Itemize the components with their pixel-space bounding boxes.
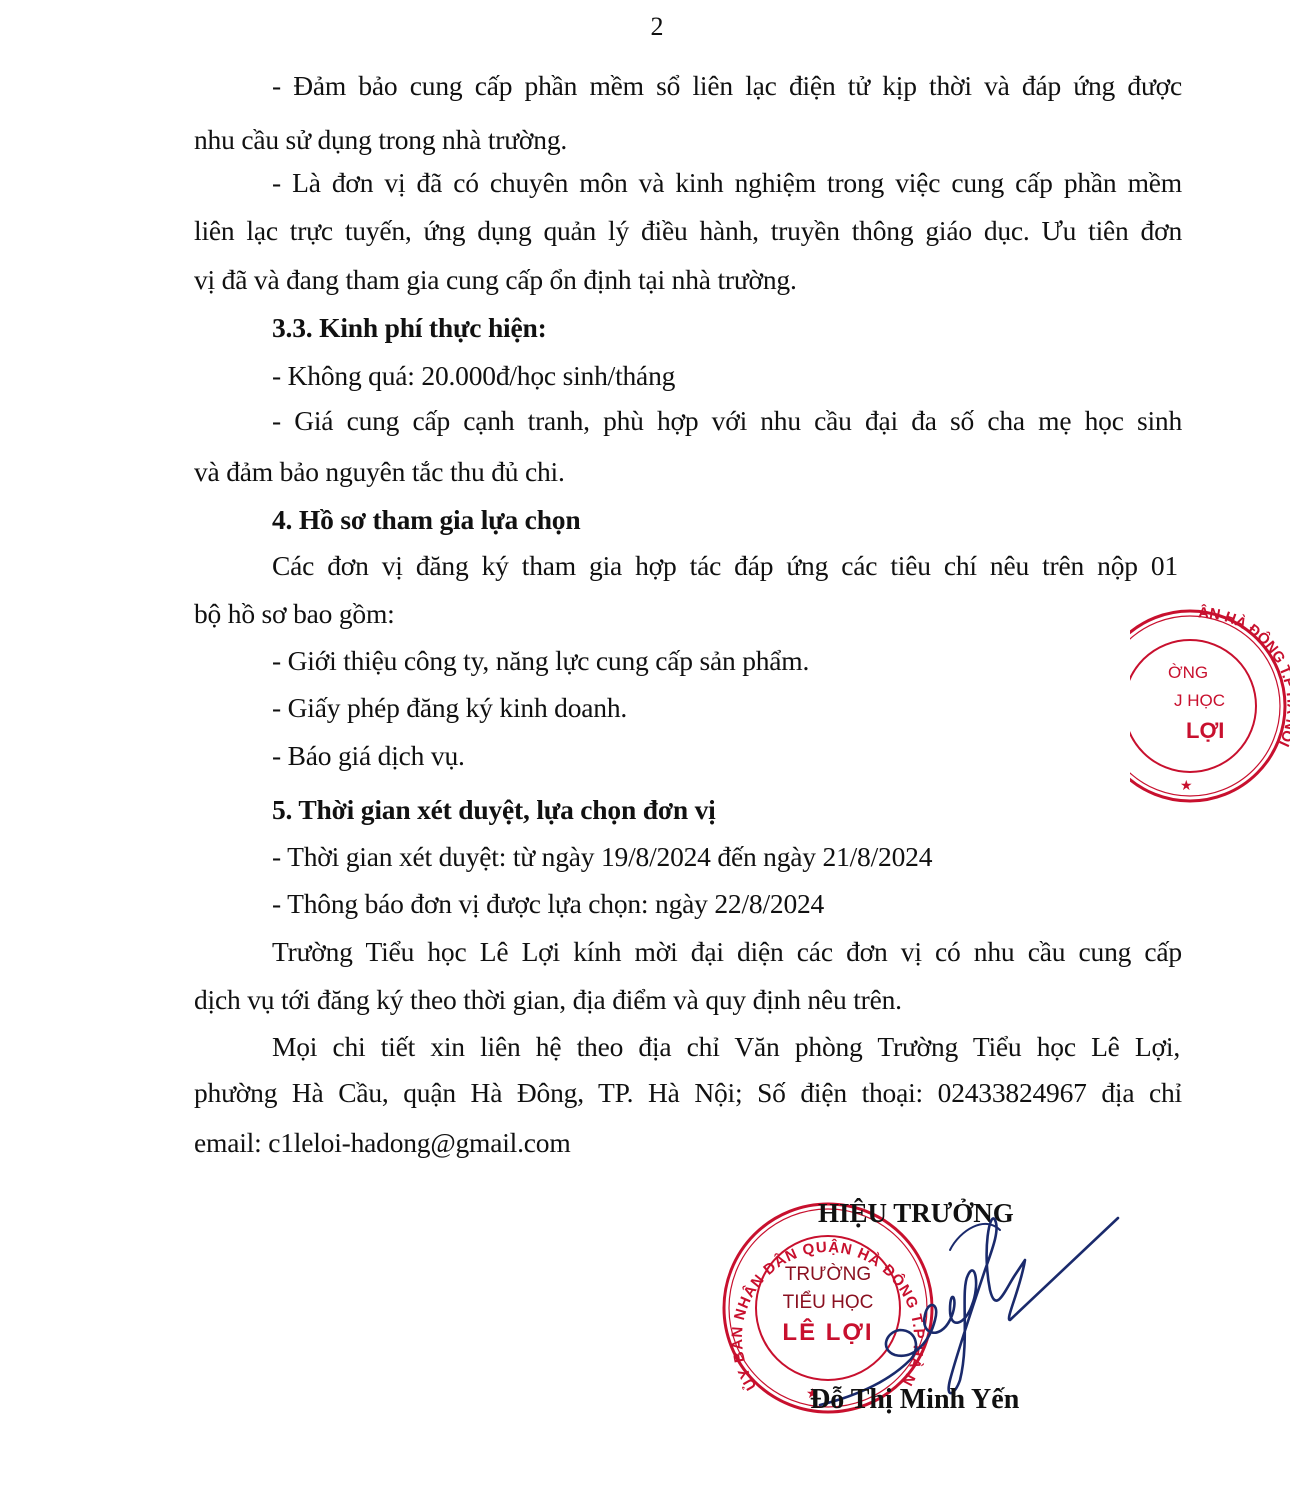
- paragraph-line: Mọi chi tiết xin liên hệ theo địa chỉ Vă…: [272, 1031, 1180, 1063]
- paragraph-line: nhu cầu sử dụng trong nhà trường.: [194, 124, 567, 156]
- svg-text:LỢI: LỢI: [1186, 718, 1224, 743]
- contact-email: email: c1leloi-hadong@gmail.com: [194, 1127, 571, 1159]
- section-heading: 4. Hồ sơ tham gia lựa chọn: [272, 504, 580, 536]
- paragraph-line: - Là đơn vị đã có chuyên môn và kinh ngh…: [272, 167, 1182, 199]
- list-item: - Báo giá dịch vụ.: [272, 740, 465, 772]
- paragraph-line: dịch vụ tới đăng ký theo thời gian, địa …: [194, 984, 902, 1016]
- signer-name: Đỗ Thị Minh Yến: [810, 1384, 1019, 1416]
- paragraph-line: phường Hà Cầu, quận Hà Đông, TP. Hà Nội;…: [194, 1077, 1182, 1109]
- official-seal-partial: ÂN HÀ ĐÔNG T.P HÀ NỘI ỜNG J HỌC LỢI ★: [1130, 600, 1290, 810]
- svg-text:J HỌC: J HỌC: [1174, 691, 1225, 710]
- paragraph-line: Các đơn vị đăng ký tham gia hợp tác đáp …: [272, 550, 1178, 582]
- paragraph-line: vị đã và đang tham gia cung cấp ổn định …: [194, 264, 797, 296]
- list-item: - Giới thiệu công ty, năng lực cung cấp …: [272, 645, 809, 677]
- paragraph-line: và đảm bảo nguyên tắc thu đủ chi.: [194, 456, 565, 488]
- section-heading: 3.3. Kinh phí thực hiện:: [272, 312, 547, 344]
- section-heading: 5. Thời gian xét duyệt, lựa chọn đơn vị: [272, 794, 716, 826]
- svg-text:ỜNG: ỜNG: [1168, 663, 1208, 682]
- paragraph-line: - Giá cung cấp cạnh tranh, phù hợp với n…: [272, 405, 1182, 437]
- paragraph-line: bộ hồ sơ bao gồm:: [194, 598, 395, 630]
- page-number: 2: [0, 12, 1314, 42]
- paragraph-line: - Thông báo đơn vị được lựa chọn: ngày 2…: [272, 888, 824, 920]
- paragraph-line: - Đảm bảo cung cấp phần mềm sổ liên lạc …: [272, 70, 1182, 102]
- paragraph-line: Trường Tiểu học Lê Lợi kính mời đại diện…: [272, 936, 1182, 968]
- paragraph-line: - Thời gian xét duyệt: từ ngày 19/8/2024…: [272, 841, 932, 873]
- paragraph-line: - Không quá: 20.000đ/học sinh/tháng: [272, 360, 675, 392]
- list-item: - Giấy phép đăng ký kinh doanh.: [272, 692, 627, 724]
- seal-icon: ÂN HÀ ĐÔNG T.P HÀ NỘI ỜNG J HỌC LỢI ★: [1130, 600, 1290, 810]
- paragraph-line: liên lạc trực tuyến, ứng dụng quản lý đi…: [194, 215, 1182, 247]
- svg-text:★: ★: [1180, 778, 1193, 794]
